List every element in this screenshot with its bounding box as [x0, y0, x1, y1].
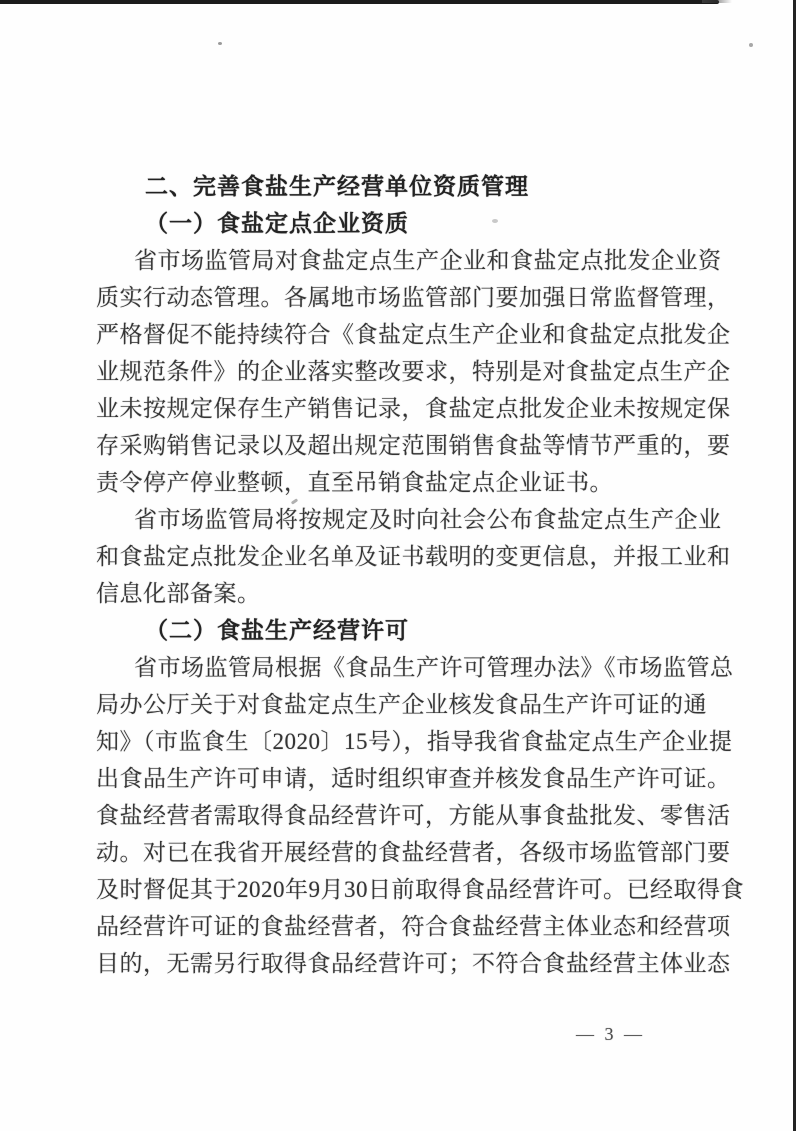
document-text: 二、完善食盐生产经营单位资质管理（一）食盐定点企业资质省市场监管局对食盐定点生产… [96, 168, 712, 982]
scan-edge-top [0, 0, 719, 4]
document-line: 品经营许可证的食盐经营者，符合食盐经营主体业态和经营项 [96, 908, 712, 945]
document-heading: （二）食盐生产经营许可 [96, 612, 712, 649]
document-line: 严格督促不能持续符合《食盐定点生产企业和食盐定点批发企 [96, 316, 712, 353]
document-heading: （一）食盐定点企业资质 [96, 205, 712, 242]
document-line: 及时督促其于2020年9月30日前取得食品经营许可。已经取得食 [96, 871, 712, 908]
scan-edge-right [793, 0, 796, 1131]
document-line: 责令停产停业整顿，直至吊销食盐定点企业证书。 [96, 464, 712, 501]
scanned-document-page: 二、完善食盐生产经营单位资质管理（一）食盐定点企业资质省市场监管局对食盐定点生产… [0, 0, 800, 1131]
document-line: 动。对已在我省开展经营的食盐经营者，各级市场监管部门要 [96, 834, 712, 871]
page-number: — 3 — [576, 1024, 645, 1045]
document-line: 质实行动态管理。各属地市场监管部门要加强日常监督管理， [96, 279, 712, 316]
document-line: 存采购销售记录以及超出规定范围销售食盐等情节严重的，要 [96, 427, 712, 464]
document-line: 省市场监管局将按规定及时向社会公布食盐定点生产企业 [96, 501, 712, 538]
document-line: 目的，无需另行取得食品经营许可；不符合食盐经营主体业态 [96, 945, 712, 982]
document-line: 省市场监管局对食盐定点生产企业和食盐定点批发企业资 [96, 242, 712, 279]
document-line: 省市场监管局根据《食品生产许可管理办法》《市场监管总 [96, 649, 712, 686]
document-line: 食盐经营者需取得食品经营许可，方能从事食盐批发、零售活 [96, 797, 712, 834]
scan-edge-top-fade [702, 0, 732, 3]
document-heading: 二、完善食盐生产经营单位资质管理 [96, 168, 712, 205]
document-line: 出食品生产许可申请，适时组织审查并核发食品生产许可证。 [96, 760, 712, 797]
document-line: 业规范条件》的企业落实整改要求，特别是对食盐定点生产企 [96, 353, 712, 390]
document-line: 局办公厅关于对食盐定点生产企业核发食品生产许可证的通 [96, 686, 712, 723]
document-line: 业未按规定保存生产销售记录，食盐定点批发企业未按规定保 [96, 390, 712, 427]
scan-artifact [218, 42, 222, 45]
document-line: 信息化部备案。 [96, 575, 712, 612]
scan-artifact [749, 43, 753, 47]
document-line: 知》（市监食生〔2020〕15号），指导我省食盐定点生产企业提 [96, 723, 712, 760]
document-line: 和食盐定点批发企业名单及证书载明的变更信息，并报工业和 [96, 538, 712, 575]
